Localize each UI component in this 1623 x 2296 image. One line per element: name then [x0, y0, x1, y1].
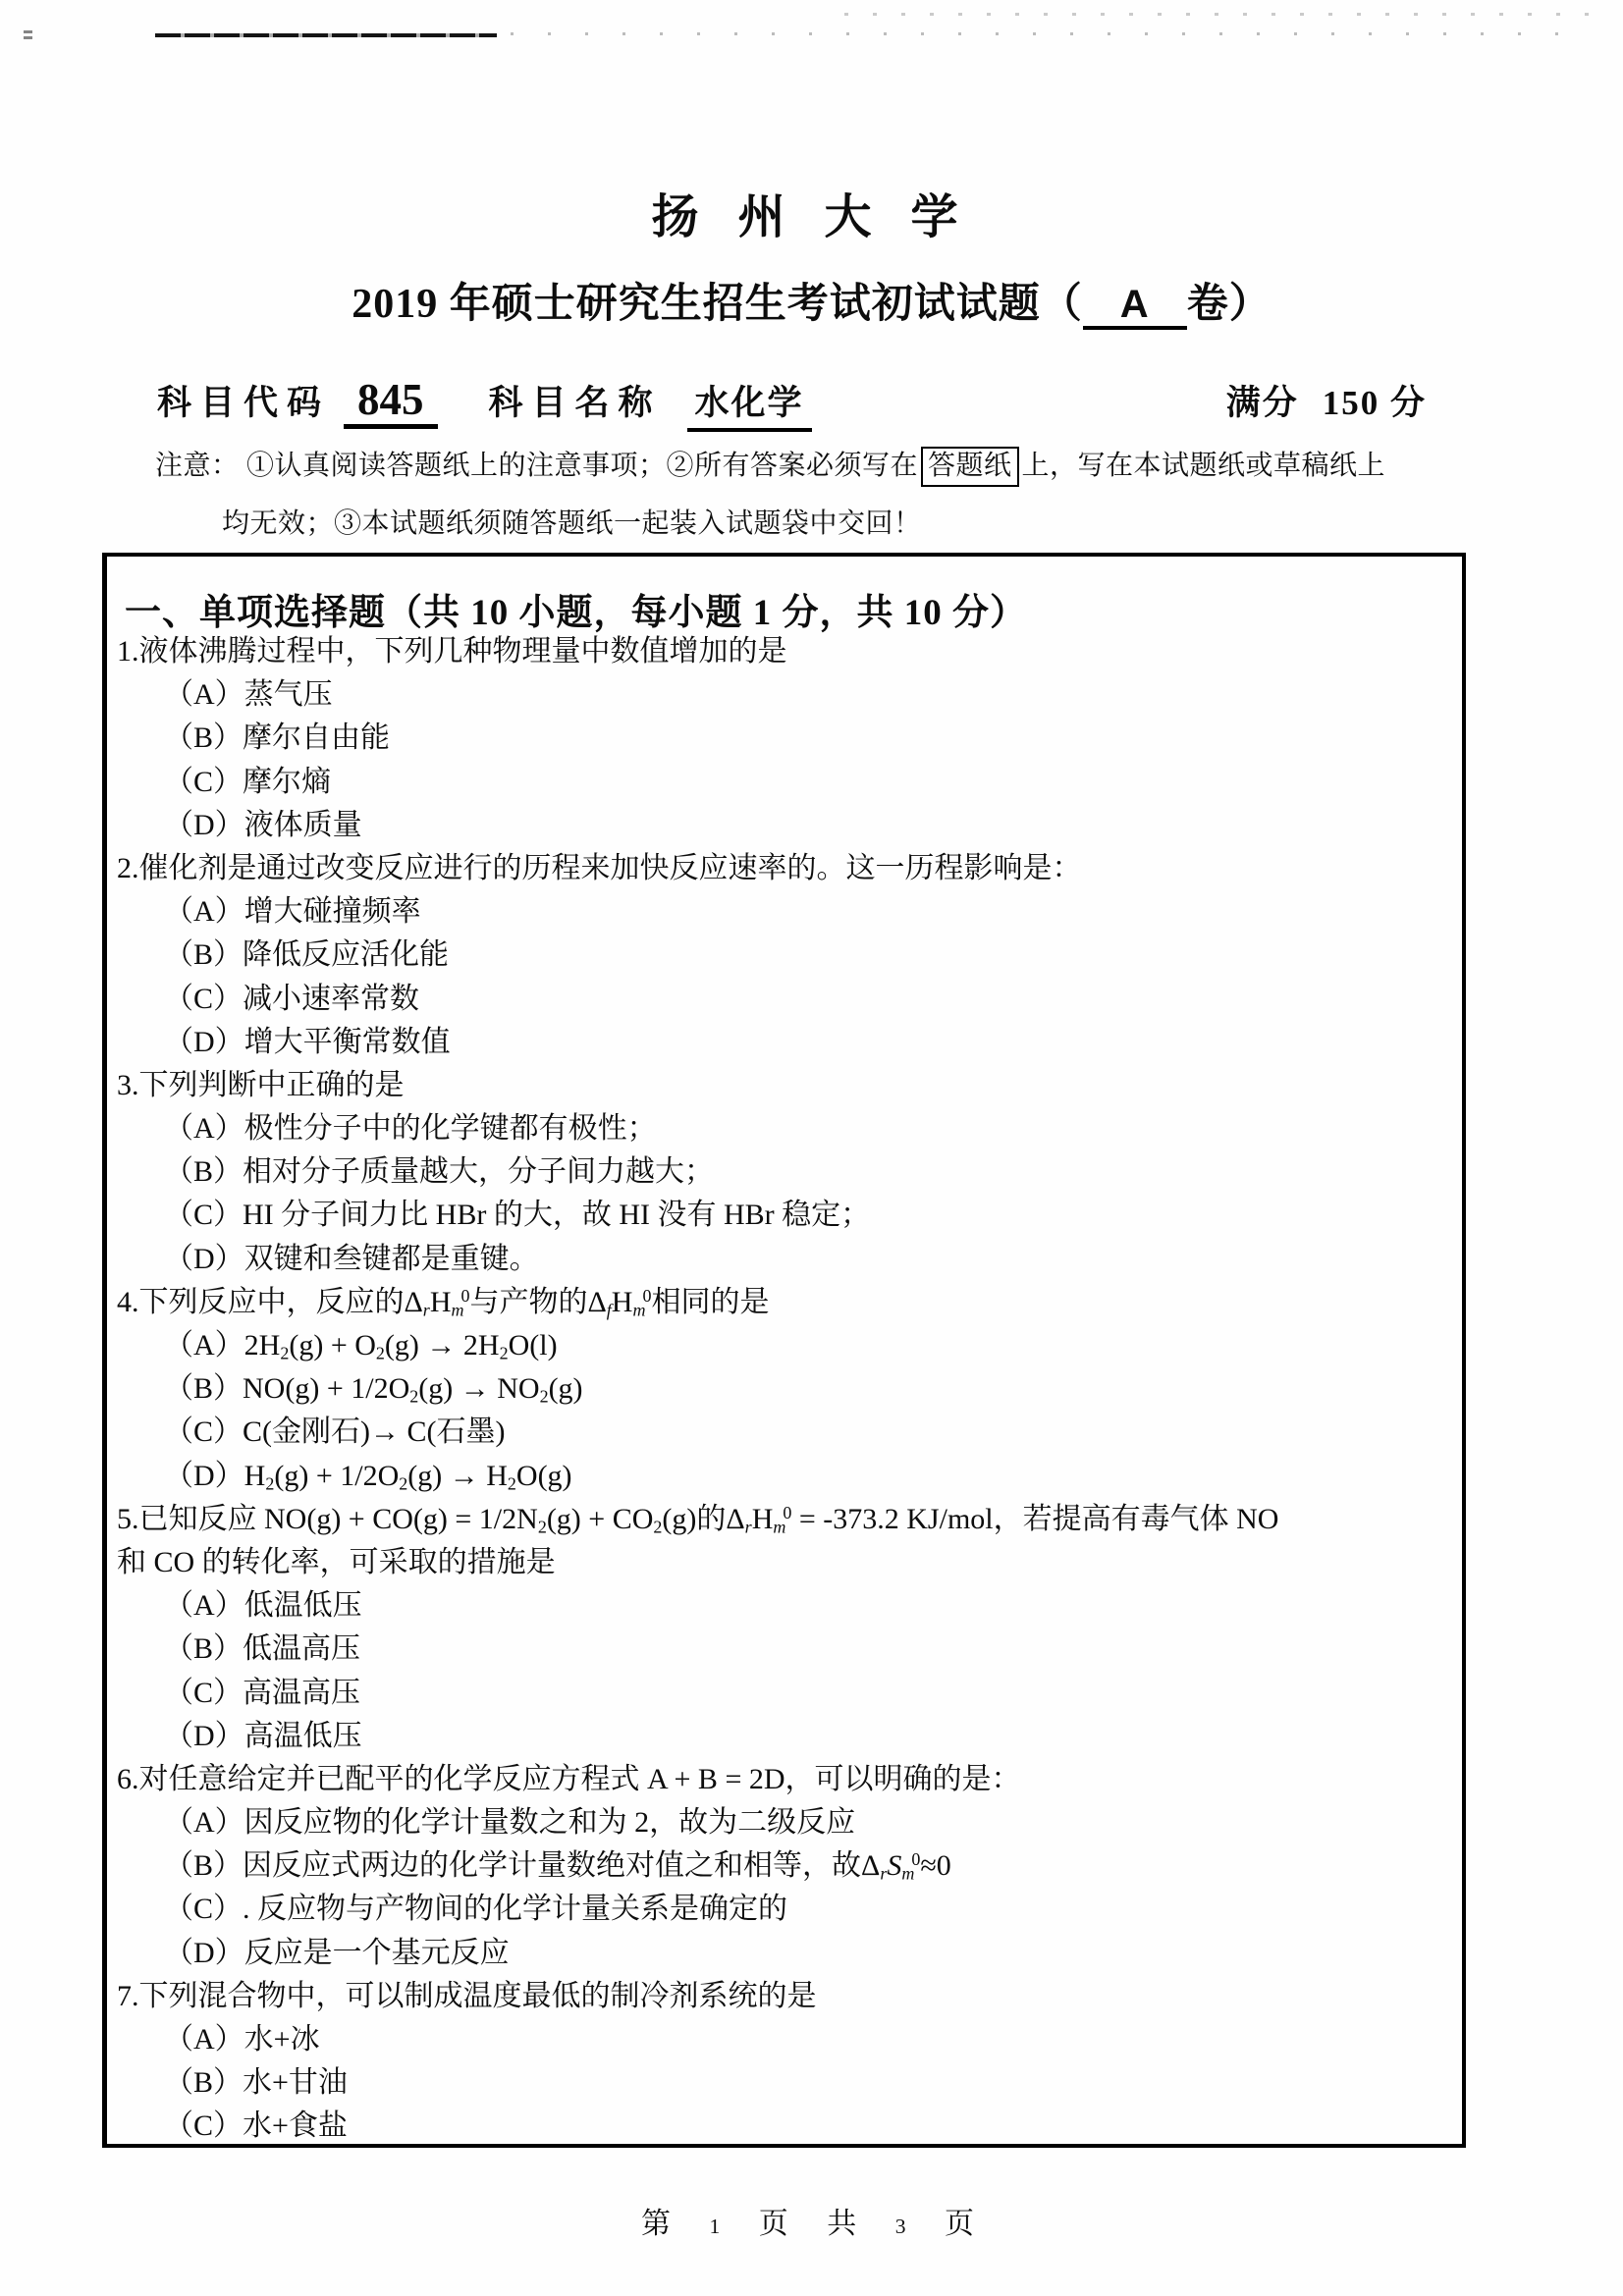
question-2-stem: 2.催化剂是通过改变反应进行的历程来加快反应速率的。这一历程影响是：	[117, 847, 1456, 890]
question-6-stem: 6.对任意给定并已配平的化学反应方程式 A + B = 2D，可以明确的是：	[117, 1758, 1456, 1801]
scan-artifact-mark	[24, 29, 32, 39]
subject-code-value: 845	[344, 378, 438, 429]
full-score: 满分 150 分	[1226, 376, 1427, 425]
question-6-option-b: （B）因反应式两边的化学计量数绝对值之和相等，故ΔrSm0≈0	[117, 1844, 1456, 1888]
question-box: 一、单项选择题（共 10 小题，每小题 1 分，共 10 分） 1.液体沸腾过程…	[102, 553, 1466, 2148]
question-3-option-c: （C）HI 分子间力比 HBr 的大，故 HI 没有 HBr 稳定；	[117, 1194, 1456, 1237]
exam-title: 2019 年硕士研究生招生考试初试试题（A卷）	[0, 271, 1623, 330]
exam-title-suffix: 卷）	[1187, 282, 1271, 327]
exam-paper-page: 扬 州 大 学 2019 年硕士研究生招生考试初试试题（A卷） 科目代码 845…	[0, 0, 1623, 2296]
question-4-option-d: （D）H2(g) + 1/2O2(g) → H2O(g)	[117, 1455, 1456, 1498]
question-7-option-a: （A）水+冰	[117, 2018, 1456, 2061]
question-1-option-b: （B）摩尔自由能	[117, 717, 1456, 760]
question-2-option-c: （C）减小速率常数	[117, 978, 1456, 1021]
question-2-option-a: （A）增大碰撞频率	[117, 890, 1456, 934]
question-lines: 1.液体沸腾过程中，下列几种物理量中数值增加的是 （A）蒸气压 （B）摩尔自由能…	[117, 630, 1456, 2149]
question-1-stem: 1.液体沸腾过程中，下列几种物理量中数值增加的是	[117, 630, 1456, 673]
question-1-option-a: （A）蒸气压	[117, 673, 1456, 717]
paper-version-blank: A	[1083, 285, 1187, 330]
exam-title-prefix: 2019 年硕士研究生招生考试初试试题（	[352, 282, 1083, 327]
university-title: 扬 州 大 学	[0, 179, 1623, 246]
question-7-option-b: （B）水+甘油	[117, 2061, 1456, 2105]
scan-artifact-line	[155, 33, 497, 37]
full-score-value: 150 分	[1323, 376, 1427, 425]
question-3-option-a: （A）极性分子中的化学键都有极性；	[117, 1107, 1456, 1150]
subject-name-value: 水化学	[687, 376, 812, 432]
question-5-stem-continued: 和 CO 的转化率，可采取的措施是	[117, 1541, 1456, 1584]
question-1-option-c: （C）摩尔熵	[117, 761, 1456, 804]
scan-artifact-dots-top	[844, 13, 1591, 16]
question-5-stem: 5.已知反应 NO(g) + CO(g) = 1/2N2(g) + CO2(g)…	[117, 1498, 1456, 1541]
question-3-option-d: （D）双键和叁键都是重键。	[117, 1238, 1456, 1281]
section-title: 一、单项选择题（共 10 小题，每小题 1 分，共 10 分）	[125, 582, 1027, 635]
subject-name-label: 科目名称	[489, 376, 662, 425]
boxed-answer-sheet-term: 答题纸	[921, 447, 1019, 487]
question-6-option-c: （C）. 反应物与产物间的化学计量关系是确定的	[117, 1888, 1456, 1931]
subject-info-row: 科目代码 845 科目名称 水化学 满分 150 分	[157, 376, 1427, 432]
question-5-option-a: （A）低温低压	[117, 1584, 1456, 1628]
question-6-option-d: （D）反应是一个基元反应	[117, 1932, 1456, 1975]
notice-line-2: 均无效；③本试题纸须随答题纸一起装入试题袋中交回！	[222, 502, 922, 541]
question-7-stem: 7.下列混合物中，可以制成温度最低的制冷剂系统的是	[117, 1975, 1456, 2018]
question-5-option-b: （B）低温高压	[117, 1628, 1456, 1671]
question-5-option-c: （C）高温高压	[117, 1672, 1456, 1715]
question-2-option-b: （B）降低反应活化能	[117, 934, 1456, 977]
question-6-option-a: （A）因反应物的化学计量数之和为 2，故为二级反应	[117, 1801, 1456, 1844]
notice-line-1-before: 注意： ①认真阅读答题纸上的注意事项；②所有答案必须写在	[155, 451, 918, 481]
question-5-option-d: （D）高温低压	[117, 1715, 1456, 1758]
page-footer: 第 1 页 共 3 页	[0, 2199, 1623, 2242]
question-4-option-c: （C）C(金刚石)→ C(石墨)	[117, 1411, 1456, 1454]
notice-line-1: 注意： ①认真阅读答题纸上的注意事项；②所有答案必须写在答题纸上，写在本试题纸或…	[155, 444, 1385, 483]
question-1-option-d: （D）液体质量	[117, 804, 1456, 847]
subject-code-label: 科目代码	[157, 376, 330, 425]
question-2-option-d: （D）增大平衡常数值	[117, 1021, 1456, 1064]
question-4-stem: 4.下列反应中，反应的ΔrHm0与产物的ΔfHm0相同的是	[117, 1281, 1456, 1324]
question-7-option-c: （C）水+食盐	[117, 2105, 1456, 2148]
question-3-stem: 3.下列判断中正确的是	[117, 1064, 1456, 1107]
question-4-option-b: （B）NO(g) + 1/2O2(g) → NO2(g)	[117, 1367, 1456, 1411]
scan-artifact-dots	[511, 32, 1581, 35]
question-4-option-a: （A）2H2(g) + O2(g) → 2H2O(l)	[117, 1324, 1456, 1367]
question-3-option-b: （B）相对分子质量越大，分子间力越大；	[117, 1150, 1456, 1194]
full-score-label: 满分	[1226, 376, 1299, 425]
notice-line-1-after: 上，写在本试题纸或草稿纸上	[1022, 451, 1386, 481]
